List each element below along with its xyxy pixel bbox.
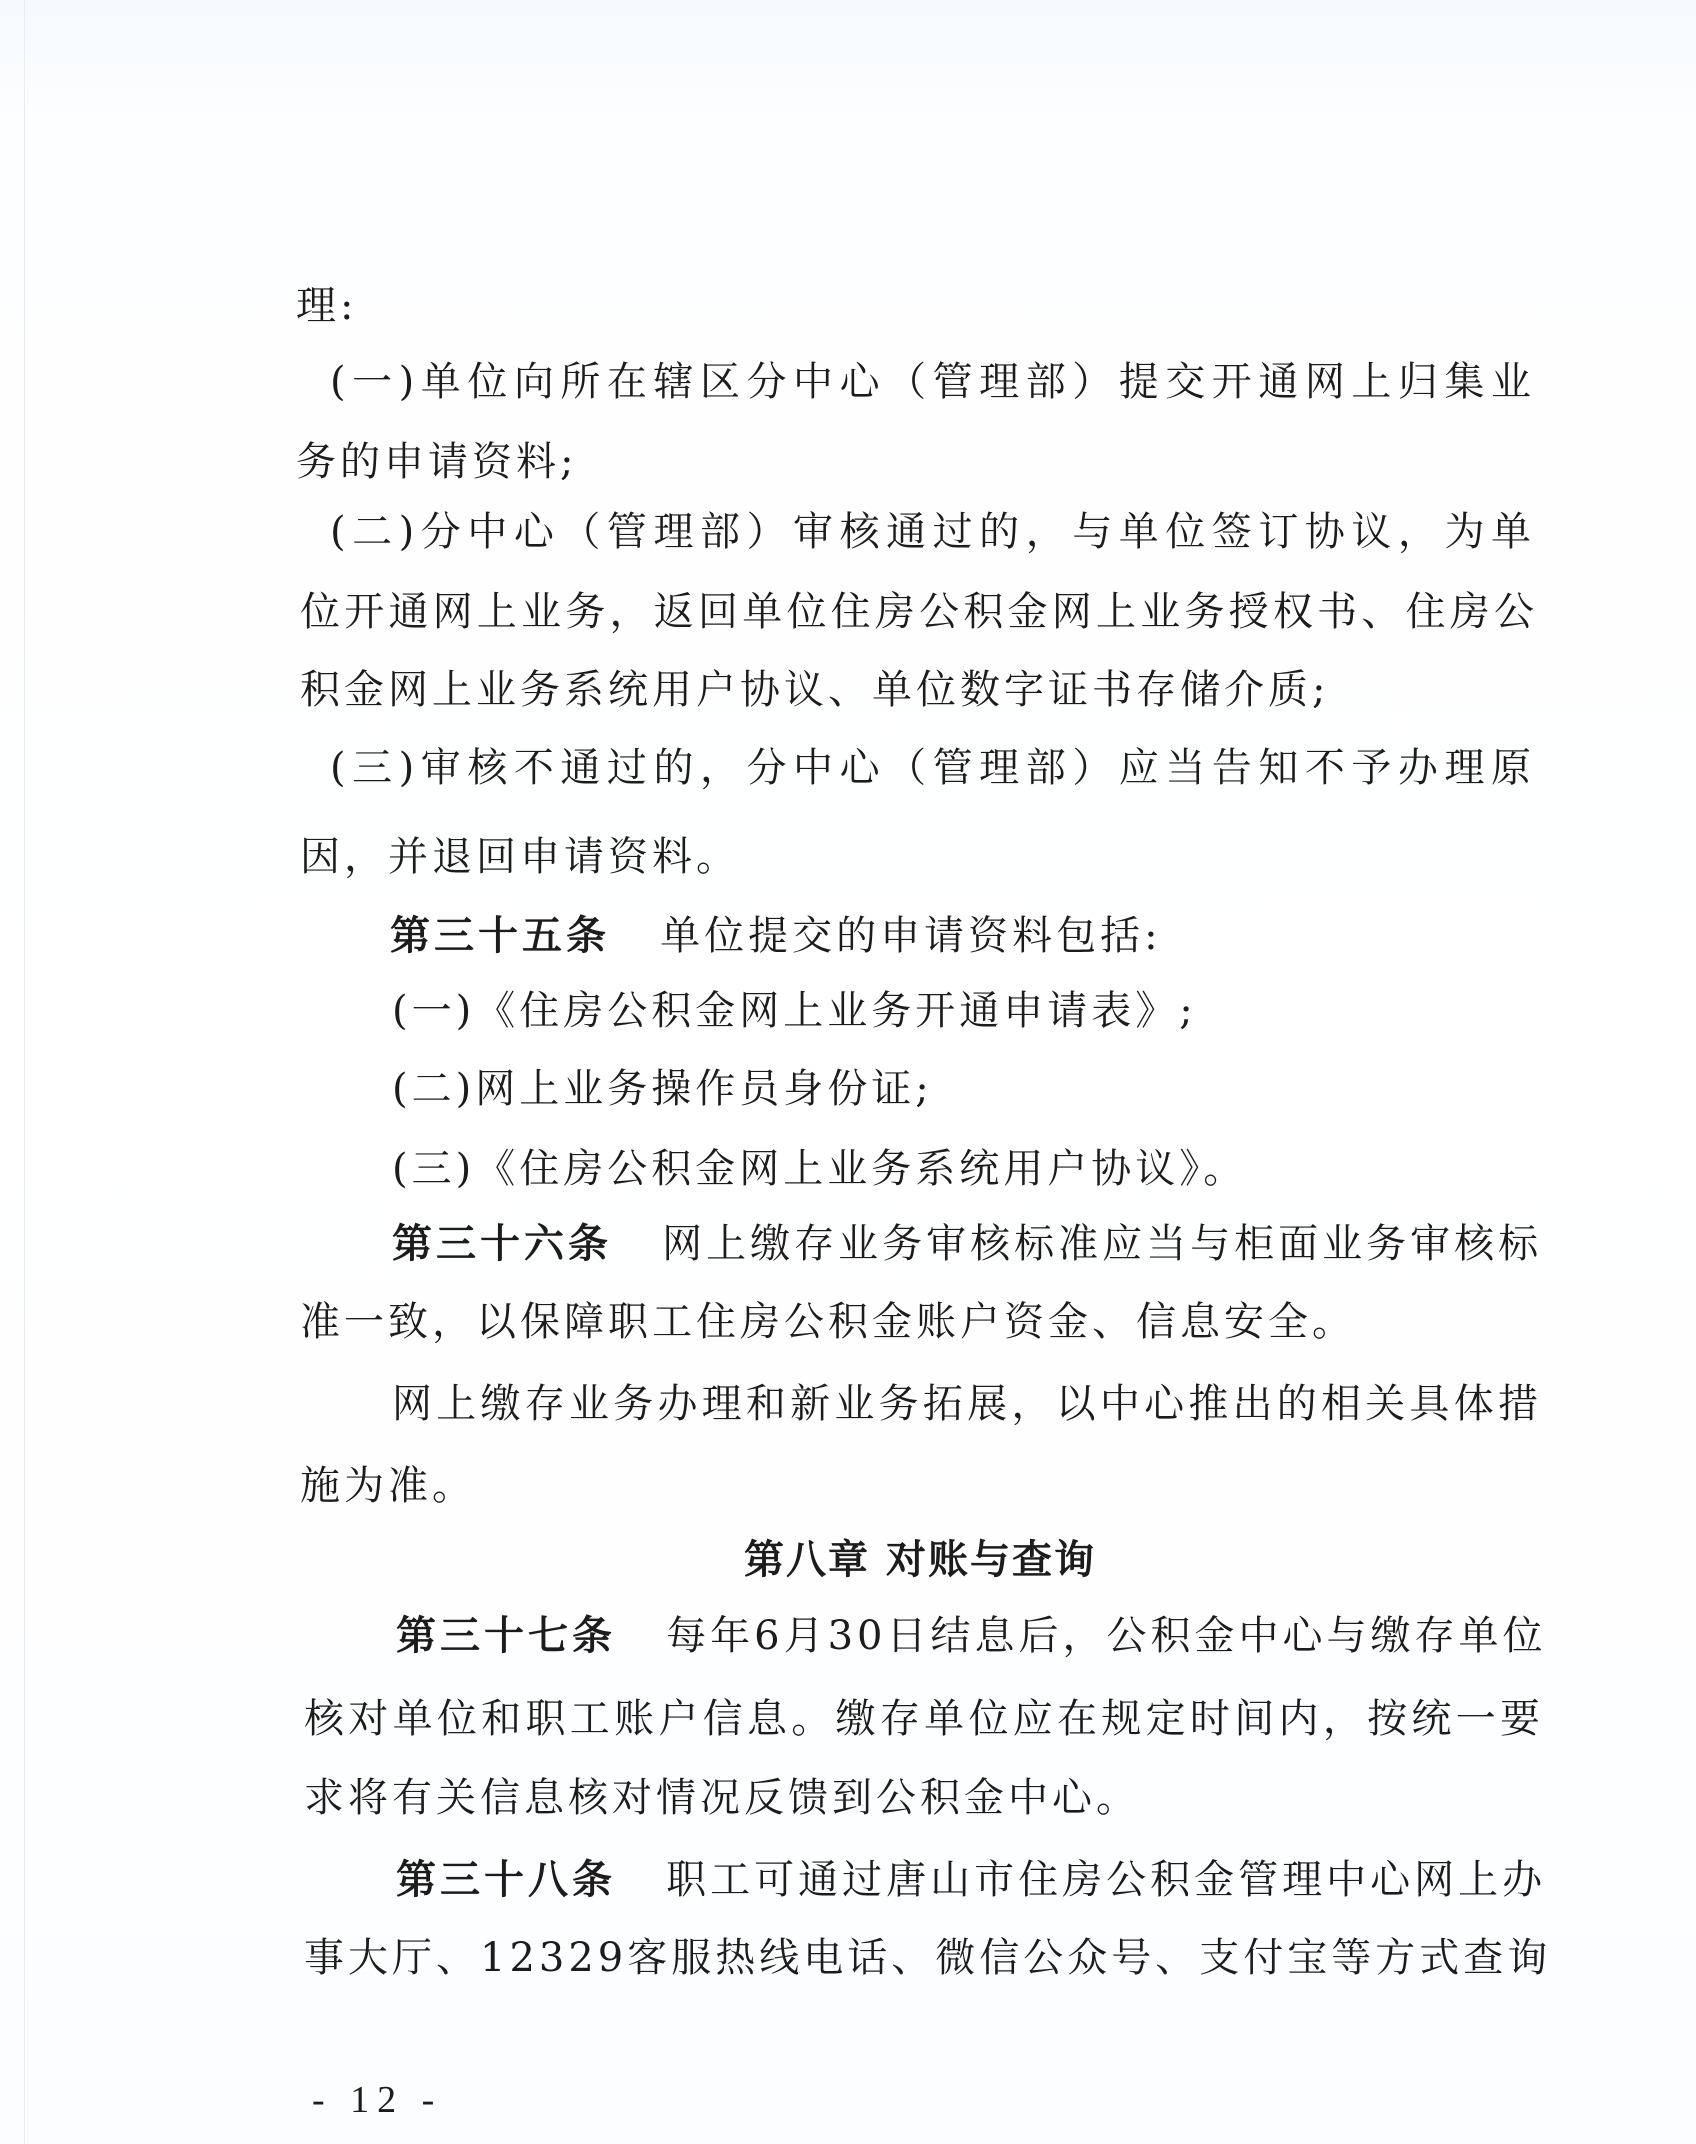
text-line: 求将有关信息核对情况反馈到公积金中心。	[304, 1774, 1140, 1822]
article-heading: 第三十七条	[396, 1613, 616, 1659]
text-line: 位开通网上业务，返回单位住房公积金网上业务授权书、住房公	[300, 588, 1538, 636]
line-text: 准一致，以保障职工住房公积金账户资金、信息安全。	[300, 1299, 1356, 1345]
text-line: (三)审核不通过的，分中心（管理部）应当告知不予办理原	[330, 744, 1535, 792]
text-line: (三)《住房公积金网上业务系统用户协议》。	[392, 1145, 1247, 1193]
text-line: 核对单位和职工账户信息。缴存单位应在规定时间内，按统一要	[304, 1695, 1544, 1743]
line-text: (三)《住房公积金网上业务系统用户协议》。	[392, 1146, 1247, 1192]
text-line: (一)单位向所在辖区分中心（管理部）提交开通网上归集业	[330, 358, 1535, 406]
article-heading: 第三十八条	[396, 1857, 616, 1903]
text-line: 理:	[296, 282, 357, 330]
text-line: 因，并退回申请资料。	[300, 833, 740, 881]
line-text: (一)单位向所在辖区分中心（管理部）提交开通网上归集业	[330, 359, 1535, 405]
line-text: (二)分中心（管理部）审核通过的，与单位签订协议，为单	[330, 509, 1535, 555]
line-text: 每年6月30日结息后，公积金中心与缴存单位	[666, 1613, 1546, 1659]
line-text: (一)《住房公积金网上业务开通申请表》;	[392, 988, 1197, 1034]
line-text: 职工可通过唐山市住房公积金管理中心网上办	[666, 1857, 1546, 1903]
text-line: (二)分中心（管理部）审核通过的，与单位签订协议，为单	[330, 508, 1535, 556]
line-text: 施为准。	[300, 1463, 476, 1509]
text-line: 施为准。	[300, 1462, 476, 1510]
article-35-line: 第三十五条 单位提交的申请资料包括:	[390, 912, 1162, 960]
line-text: 位开通网上业务，返回单位住房公积金网上业务授权书、住房公	[300, 589, 1538, 635]
line-text: 务的申请资料;	[296, 439, 577, 485]
line-text: 单位提交的申请资料包括:	[660, 913, 1161, 959]
text-line: (二)网上业务操作员身份证;	[392, 1065, 933, 1113]
line-text: 积金网上业务系统用户协议、单位数字证书存储介质;	[300, 667, 1329, 713]
line-text: 网上缴存业务审核标准应当与柜面业务审核标	[662, 1221, 1542, 1267]
chapter-heading: 第八章 对账与查询	[700, 1536, 1140, 1584]
line-text: 网上缴存业务办理和新业务拓展，以中心推出的相关具体措	[392, 1381, 1542, 1427]
article-36-line: 第三十六条 网上缴存业务审核标准应当与柜面业务审核标	[392, 1220, 1542, 1268]
scan-edge-line	[24, 0, 25, 2144]
line-text: (二)网上业务操作员身份证;	[392, 1066, 933, 1112]
article-37-line: 第三十七条 每年6月30日结息后，公积金中心与缴存单位	[396, 1612, 1546, 1660]
article-heading: 第三十六条	[392, 1221, 612, 1267]
line-text: 核对单位和职工账户信息。缴存单位应在规定时间内，按统一要	[304, 1696, 1544, 1742]
line-text: (三)审核不通过的，分中心（管理部）应当告知不予办理原	[330, 745, 1535, 791]
text-line: 网上缴存业务办理和新业务拓展，以中心推出的相关具体措	[392, 1380, 1542, 1428]
article-38-line: 第三十八条 职工可通过唐山市住房公积金管理中心网上办	[396, 1856, 1536, 1904]
page-number: - 12 -	[312, 2078, 442, 2122]
text-line: 积金网上业务系统用户协议、单位数字证书存储介质;	[300, 666, 1329, 714]
text-line: (一)《住房公积金网上业务开通申请表》;	[392, 987, 1197, 1035]
text-line: 事大厅、12329客服热线电话、微信公众号、支付宝等方式查询	[304, 1934, 1536, 1982]
document-page: 理: (一)单位向所在辖区分中心（管理部）提交开通网上归集业 务的申请资料; (…	[0, 0, 1696, 2144]
line-text: 事大厅、12329客服热线电话、微信公众号、支付宝等方式查询	[304, 1935, 1551, 1981]
text-line: 务的申请资料;	[296, 438, 577, 486]
line-text: 因，并退回申请资料。	[300, 834, 740, 880]
text-line: 准一致，以保障职工住房公积金账户资金、信息安全。	[300, 1298, 1356, 1346]
line-text: 求将有关信息核对情况反馈到公积金中心。	[304, 1775, 1140, 1821]
line-text: 理:	[296, 283, 357, 329]
article-heading: 第三十五条	[390, 913, 610, 959]
